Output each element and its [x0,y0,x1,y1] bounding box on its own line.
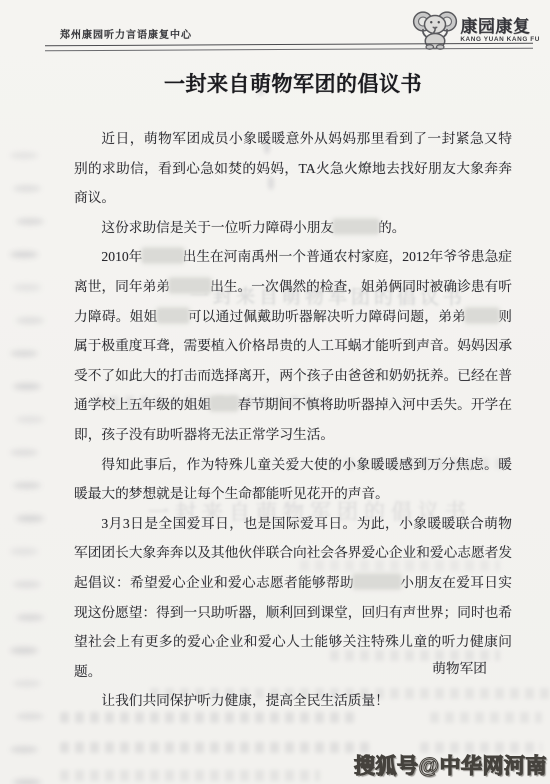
scan-edge-smudge [13,581,41,588]
signature: 萌物军团 [74,654,512,684]
redacted-name [158,309,188,322]
scan-edge-smudge [13,680,41,687]
letter-paragraph: 2010年出生在河南禹州一个普通农村家庭，2012年爷爷患急症离世，同年弟弟出生… [74,242,512,449]
scan-edge-smudge [10,449,38,456]
logo-text: 康园康复 KANG YUAN KANG FU [460,8,540,43]
redacted-name [143,249,183,262]
logo-brand-text: 康园康复 [460,18,540,35]
scan-edge-smudge [16,515,44,522]
scan-edge-smudge [10,647,38,654]
page-title: 一封来自萌物军团的倡议书 [74,68,512,98]
redacted-name [170,279,210,292]
scan-edge-smudge [10,350,38,357]
scan-edge-smudge [13,284,41,291]
scan-edge-smudge [10,152,38,159]
letter-paragraph: 这份求助信是关于一位听力障碍小朋友的。 [74,213,512,243]
letter-paragraph: 让我们共同保护听力健康，提高全民生活质量！ [74,686,512,716]
scan-edge-smudge [16,218,44,225]
bleedthrough-line [60,770,320,781]
letter-paragraph: 近日，萌物军团成员小象暖暖意外从妈妈那里看到了一封紧急又特别的求助信，看到心急如… [74,124,512,213]
watermark: 搜狐号@中华网河南 [354,750,547,780]
redacted-name [354,575,400,588]
scan-edge-smudge [13,482,41,489]
scan-edge-smudge [13,779,41,784]
redacted-name [466,309,498,322]
scan-edge-smudge [16,713,44,720]
scan-edge-smudge [10,746,38,753]
redacted-name [334,220,378,233]
bleedthrough-line [60,742,370,753]
scanned-letter-page: 郑州康园听力言语康复中心 康园康复 KANG YUAN K [0,0,550,784]
scan-edge-smudge [13,383,41,390]
org-name: 郑州康园听力言语康复中心 [60,26,192,41]
redacted-name [211,397,237,410]
scan-edge-smudge [16,317,44,324]
letter-paragraph: 得知此事后，作为特殊儿童关爱大使的小象暖暖感到万分焦虑。暖暖最大的梦想就是让每个… [74,450,512,509]
scan-edge-smudge [13,185,41,192]
scan-edge-smudge [16,416,44,423]
scan-edge-smudge [10,548,38,555]
scan-edge-smudge [10,251,38,258]
scan-edge-smudge [16,614,44,621]
letter-body: 近日，萌物军团成员小象暖暖意外从妈妈那里看到了一封紧急又特别的求助信，看到心急如… [74,124,512,716]
